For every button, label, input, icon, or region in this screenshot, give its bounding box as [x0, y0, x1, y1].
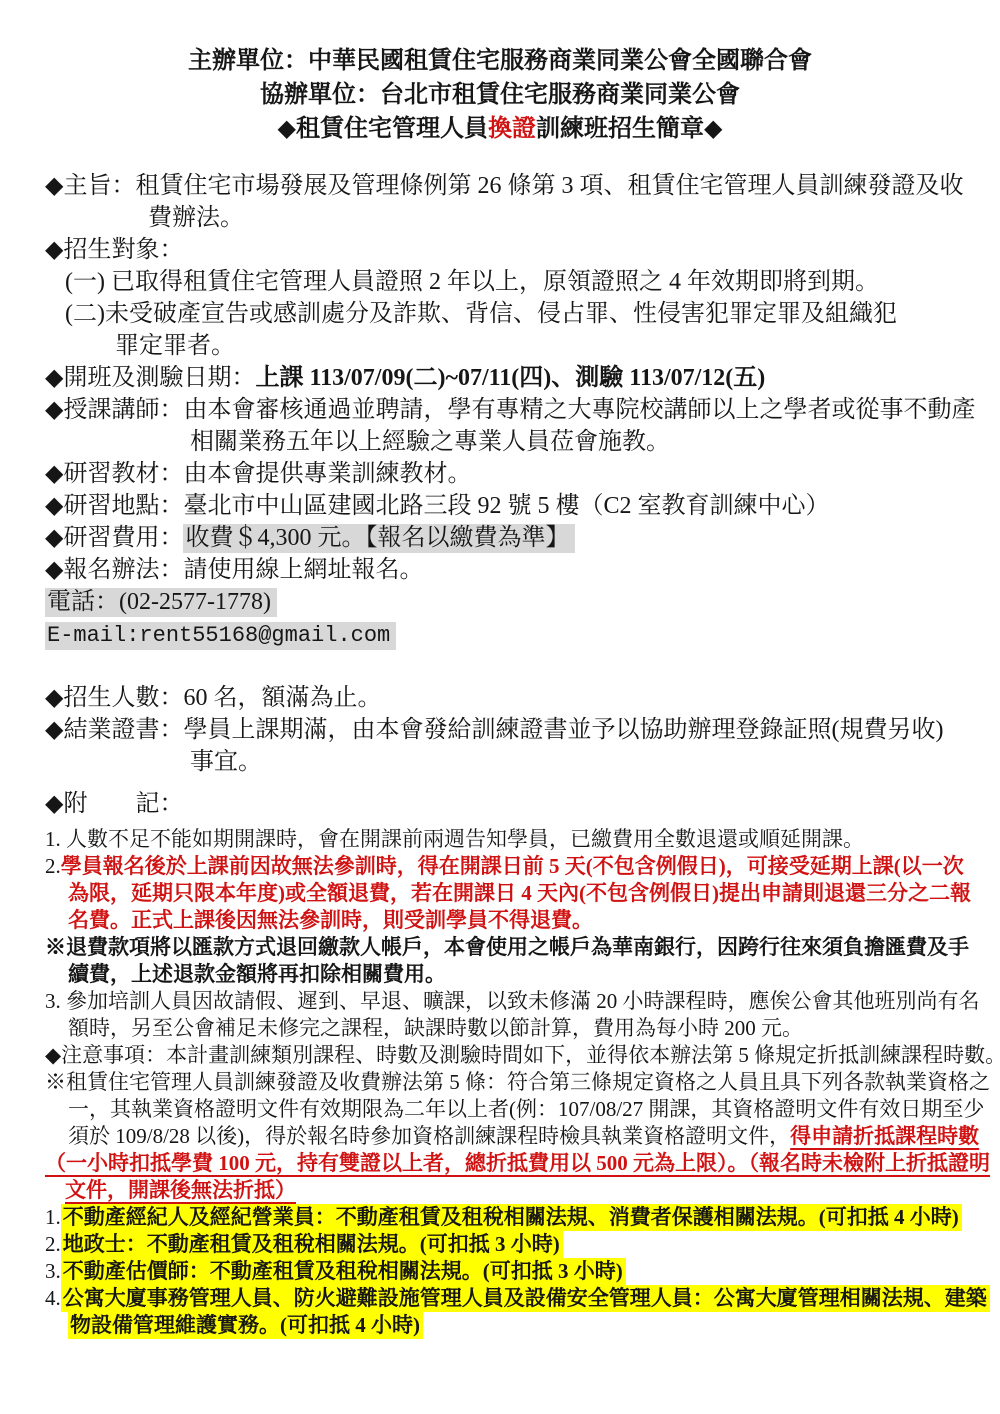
doc-line: 2.學員報名後於上課前因故無法參訓時，得在開課日前 5 天(不包含例假日)，可接… [45, 853, 955, 880]
text-segment: 換證 [488, 116, 536, 142]
text-segment: 訓練班招生簡章◆ [536, 116, 722, 142]
text-segment: （一小時扣抵學費 100 元，持有雙證以上者，總折抵費用以 500 元為上限）。… [45, 1151, 990, 1175]
text-segment: 須於 109/8/28 以後)，得於報名時參加資格訓練課程時檢具執業資格證明文件… [68, 1124, 790, 1148]
text-segment: ◆結業證書：學員上課期滿，由本會發給訓練證書並予以協助辦理登錄証照(規費另收) [45, 717, 943, 743]
text-segment: E-mail:rent55168@gmail.com [45, 622, 396, 650]
text-segment: 學員報名後於上課前因故無法參訓時，得在開課日前 5 天(不包含例假日)，可接受延… [61, 854, 964, 878]
text-segment: ◆研習地點：臺北市中山區建國北路三段 92 號 5 樓（C2 室教育訓練中心） [45, 493, 829, 519]
doc-line: (二)未受破產宣告或感訓處分及詐欺、背信、侵占罪、性侵害犯罪定罪及組織犯 [65, 298, 955, 330]
doc-line: ◆招生對象： [45, 234, 955, 266]
text-segment: ◆研習教材：由本會提供專業訓練教材。 [45, 461, 471, 487]
doc-line: 2.地政士：不動產租賃及租稅相關法規。(可扣抵 3 小時) [45, 1231, 955, 1258]
course-info-section: ◆主旨：租賃住宅市場發展及管理條例第 26 條第 3 項、租賃住宅管理人員訓練發… [45, 170, 955, 652]
text-segment: ◆招生人數：60 名，額滿為止。 [45, 685, 381, 711]
text-segment: 2. [45, 854, 61, 878]
co-host-line: 協辦單位：台北市租賃住宅服務商業同業公會 [45, 78, 955, 112]
doc-line: ※退費款項將以匯款方式退回繳款人帳戶，本會使用之帳戶為華南銀行，因跨行往來須負擔… [45, 934, 955, 961]
text-segment: 1. [45, 1205, 61, 1229]
text-segment: 續費，上述退款金額將再扣除相關費用。 [68, 962, 446, 986]
text-segment: 4. [45, 1286, 61, 1310]
text-segment: 不動產經紀人及經紀營業員：不動產租賃及租稅相關法規、消費者保護相關法規。(可扣抵… [61, 1204, 962, 1231]
text-segment: ◆主旨：租賃住宅市場發展及管理條例第 26 條第 3 項、租賃住宅管理人員訓練發… [45, 173, 963, 199]
text-segment: 得申請折抵課程時數 [790, 1124, 979, 1148]
text-segment: 名費。正式上課後因無法參訓時，則受訓學員不得退費。 [68, 908, 593, 932]
doc-line: ◆研習教材：由本會提供專業訓練教材。 [45, 458, 955, 490]
text-segment: 相關業務五年以上經驗之專業人員莅會施教。 [190, 429, 670, 455]
text-segment: 1. 人數不足不能如期開課時，會在開課前兩週告知學員，已繳費用全數退還或順延開課… [45, 827, 864, 851]
text-segment: ◆注意事項：本計畫訓練類別課程、時數及測驗時間如下，並得依本辦法第 5 條規定折… [45, 1043, 1000, 1067]
text-segment: 主辦單位：中華民國租賃住宅服務商業同業公會全國聯合會 [188, 48, 812, 74]
text-segment: ※退費款項將以匯款方式退回繳款人帳戶，本會使用之帳戶為華南銀行，因跨行往來須負擔… [45, 935, 969, 959]
doc-line: ◆研習費用：收費＄4,300 元。【報名以繳費為準】 [45, 522, 955, 554]
text-segment: ◆租賃住宅管理人員 [278, 116, 488, 142]
text-segment: 公寓大廈事務管理人員、防火避難設施管理人員及設備安全管理人員：公寓大廈管理相關法… [61, 1285, 990, 1312]
doc-line: 物設備管理維護實務。(可扣抵 4 小時) [68, 1312, 955, 1339]
doc-line: ◆研習地點：臺北市中山區建國北路三段 92 號 5 樓（C2 室教育訓練中心） [45, 490, 955, 522]
text-segment: ◆附 記： [45, 791, 183, 817]
doc-line: 須於 109/8/28 以後)，得於報名時參加資格訓練課程時檢具執業資格證明文件… [68, 1123, 955, 1150]
doc-line: 費辦法。 [148, 202, 955, 234]
doc-line: 額時，另至公會補足未修完之課程，缺課時數以節計算，費用為每小時 200 元。 [68, 1015, 955, 1042]
text-segment: 協辦單位：台北市租賃住宅服務商業同業公會 [260, 82, 740, 108]
doc-line: 續費，上述退款金額將再扣除相關費用。 [68, 961, 955, 988]
text-segment: 不動產估價師：不動產租賃及租稅相關法規。(可扣抵 3 小時) [61, 1258, 626, 1285]
text-segment: 物設備管理維護實務。(可扣抵 4 小時) [68, 1312, 423, 1339]
enrollment-section: ◆招生人數：60 名，額滿為止。◆結業證書：學員上課期滿，由本會發給訓練證書並予… [45, 682, 955, 778]
text-segment: 事宜。 [190, 749, 262, 775]
email-line: E-mail:rent55168@gmail.com [45, 618, 955, 652]
doc-title: ◆租賃住宅管理人員換證訓練班招生簡章◆ [45, 112, 955, 146]
doc-line: ◆注意事項：本計畫訓練類別課程、時數及測驗時間如下，並得依本辦法第 5 條規定折… [45, 1042, 955, 1069]
doc-line: 4.公寓大廈事務管理人員、防火避難設施管理人員及設備安全管理人員：公寓大廈管理相… [45, 1285, 955, 1312]
doc-line: ◆結業證書：學員上課期滿，由本會發給訓練證書並予以協助辦理登錄証照(規費另收) [45, 714, 955, 746]
text-segment: ◆研習費用： [45, 525, 183, 551]
text-segment: 電話：(02-2577-1778) [45, 588, 277, 617]
text-segment: (一) 已取得租賃住宅管理人員證照 2 年以上，原領證照之 4 年效期即將到期。 [65, 269, 879, 295]
doc-line: ◆主旨：租賃住宅市場發展及管理條例第 26 條第 3 項、租賃住宅管理人員訓練發… [45, 170, 955, 202]
doc-line: 為限，延期只限本年度)或全額退費，若在開課日 4 天內(不包含例假日)提出申請則… [68, 880, 955, 907]
text-segment: 罪定罪者。 [115, 333, 235, 359]
annex-notes-section: 1. 人數不足不能如期開課時，會在開課前兩週告知學員，已繳費用全數退還或順延開課… [45, 826, 955, 1339]
doc-line: ◆授課講師：由本會審核通過並聘請，學有專精之大專院校講師以上之學者或從事不動產 [45, 394, 955, 426]
scanned-document-page: 主辦單位：中華民國租賃住宅服務商業同業公會全國聯合會協辦單位：台北市租賃住宅服務… [0, 0, 1000, 1414]
doc-line: 3. 參加培訓人員因故請假、遲到、早退、曠課，以致未修滿 20 小時課程時，應俟… [45, 988, 955, 1015]
text-segment: (二)未受破產宣告或感訓處分及詐欺、背信、侵占罪、性侵害犯罪定罪及組織犯 [65, 301, 897, 327]
doc-line: 3.不動產估價師：不動產租賃及租稅相關法規。(可扣抵 3 小時) [45, 1258, 955, 1285]
text-segment: 3. [45, 1259, 61, 1283]
text-segment: 2. [45, 1232, 61, 1256]
doc-line: ◆開班及測驗日期：上課 113/07/09(二)~07/11(四)、測驗 113… [45, 362, 955, 394]
text-segment: 收費＄4,300 元。【報名以繳費為準】 [183, 524, 575, 553]
doc-line: ◆招生人數：60 名，額滿為止。 [45, 682, 955, 714]
doc-line: ◆報名辦法：請使用線上網址報名。 [45, 554, 955, 586]
text-segment: 上課 113/07/09(二)~07/11(四)、測驗 113/07/12(五) [255, 365, 765, 391]
host-line: 主辦單位：中華民國租賃住宅服務商業同業公會全國聯合會 [45, 44, 955, 78]
doc-line: 1. 人數不足不能如期開課時，會在開課前兩週告知學員，已繳費用全數退還或順延開課… [45, 826, 955, 853]
doc-line: 1.不動產經紀人及經紀營業員：不動產租賃及租稅相關法規、消費者保護相關法規。(可… [45, 1204, 955, 1231]
doc-line: 事宜。 [190, 746, 955, 778]
text-segment: 額時，另至公會補足未修完之課程，缺課時數以節計算，費用為每小時 200 元。 [68, 1016, 803, 1040]
annex-header: ◆附 記： [45, 788, 955, 820]
text-segment: 3. 參加培訓人員因故請假、遲到、早退、曠課，以致未修滿 20 小時課程時，應俟… [45, 989, 980, 1013]
text-segment: ◆開班及測驗日期： [45, 365, 255, 391]
doc-line: 一，其執業資格證明文件有效期限為二年以上者(例：107/08/27 開課，其資格… [68, 1096, 955, 1123]
text-segment: ◆報名辦法：請使用線上網址報名。 [45, 557, 423, 583]
text-segment: 費辦法。 [148, 205, 244, 231]
doc-line: ※租賃住宅管理人員訓練發證及收費辦法第 5 條：符合第三條規定資格之人員且具下列… [45, 1069, 955, 1096]
doc-line: 相關業務五年以上經驗之專業人員莅會施教。 [190, 426, 955, 458]
phone-line: 電話：(02-2577-1778) [45, 586, 955, 618]
text-segment: ◆招生對象： [45, 237, 183, 263]
text-segment: ※租賃住宅管理人員訓練發證及收費辦法第 5 條：符合第三條規定資格之人員且具下列… [45, 1070, 990, 1094]
doc-line: （一小時扣抵學費 100 元，持有雙證以上者，總折抵費用以 500 元為上限）。… [45, 1150, 955, 1177]
annex-title: ◆附 記： [45, 788, 955, 820]
text-segment: 一，其執業資格證明文件有效期限為二年以上者(例：107/08/27 開課，其資格… [68, 1097, 984, 1121]
text-segment: 文件，開課後無法折抵） [65, 1178, 296, 1202]
doc-line: 罪定罪者。 [115, 330, 955, 362]
doc-line: 文件，開課後無法折抵） [65, 1177, 955, 1204]
text-segment: 為限，延期只限本年度)或全額退費，若在開課日 4 天內(不包含例假日)提出申請則… [68, 881, 971, 905]
document-header: 主辦單位：中華民國租賃住宅服務商業同業公會全國聯合會協辦單位：台北市租賃住宅服務… [45, 44, 955, 146]
doc-line: 名費。正式上課後因無法參訓時，則受訓學員不得退費。 [68, 907, 955, 934]
text-segment: ◆授課講師：由本會審核通過並聘請，學有專精之大專院校講師以上之學者或從事不動產 [45, 397, 975, 423]
doc-line: (一) 已取得租賃住宅管理人員證照 2 年以上，原領證照之 4 年效期即將到期。 [65, 266, 955, 298]
text-segment: 地政士：不動產租賃及租稅相關法規。(可扣抵 3 小時) [61, 1231, 563, 1258]
